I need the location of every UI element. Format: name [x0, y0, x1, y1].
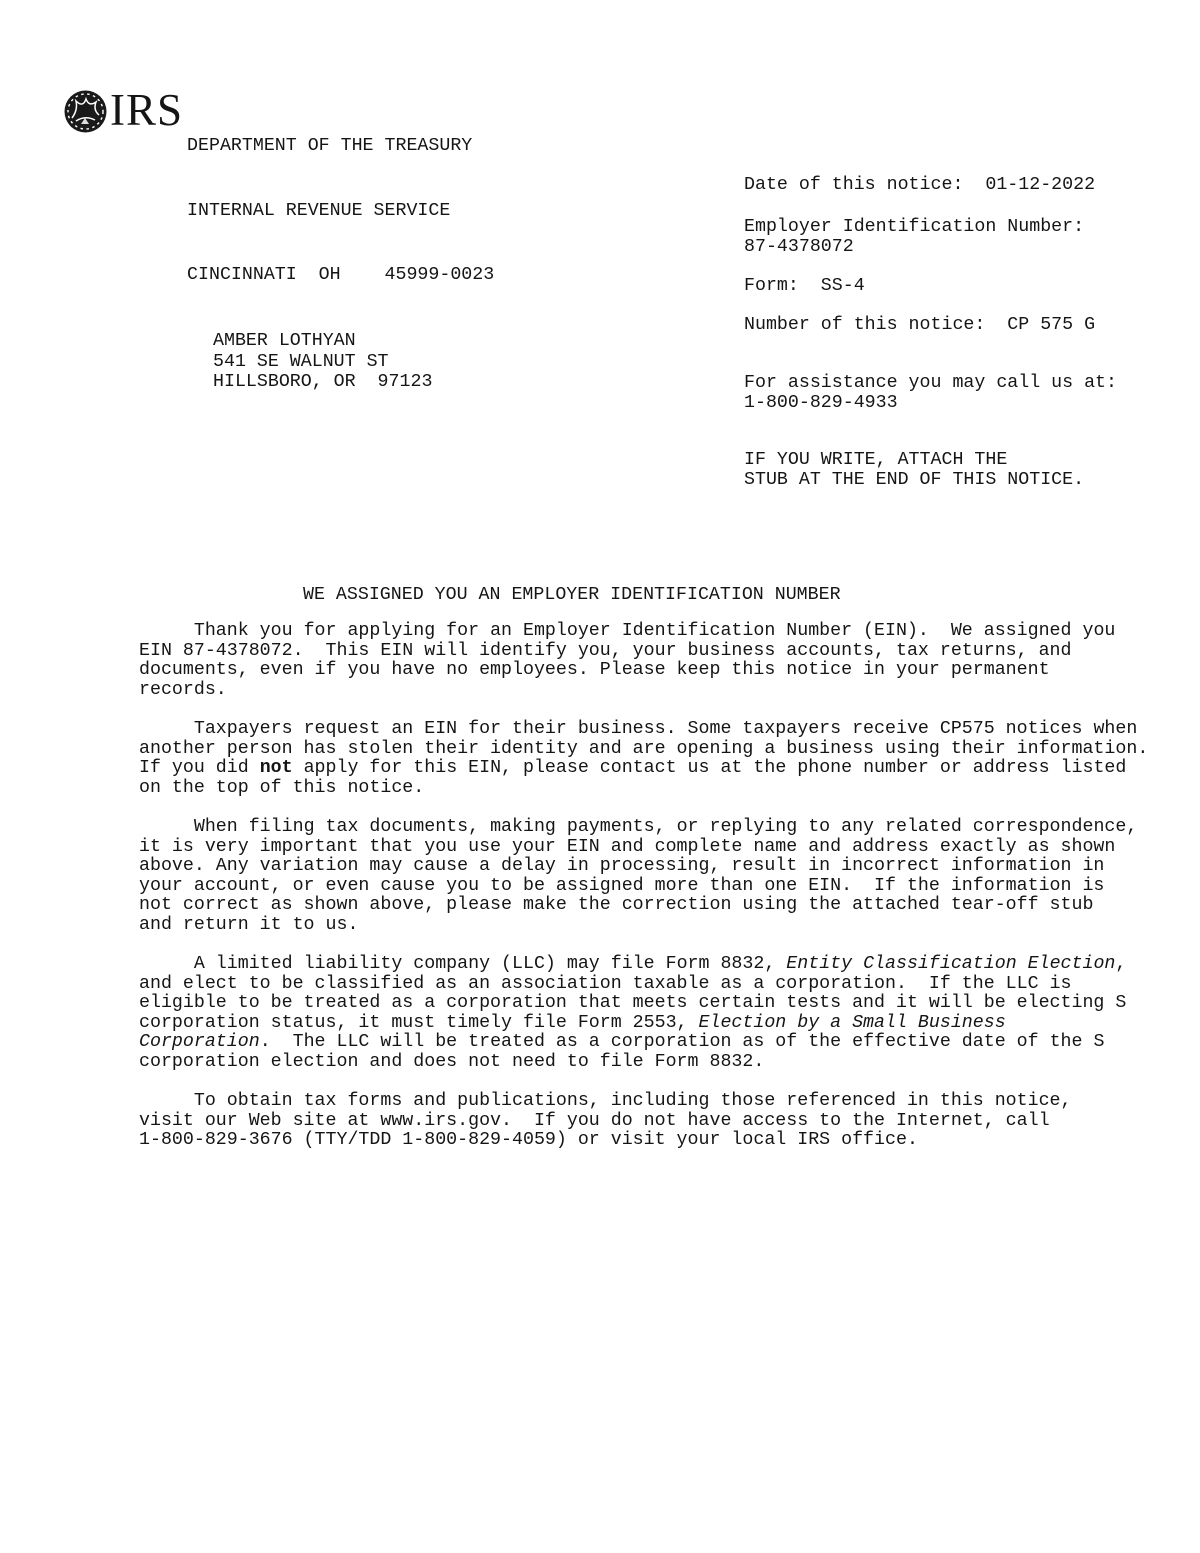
body-paragraph: To obtain tax forms and publications, in…: [139, 1092, 1174, 1151]
body-paragraph: When filing tax documents, making paymen…: [139, 818, 1174, 936]
irs-logo-text: IRS: [110, 88, 183, 133]
ein-label: Employer Identification Number:: [744, 218, 1084, 238]
body-paragraph: A limited liability company (LLC) may fi…: [139, 955, 1174, 1073]
body-paragraph: Thank you for applying for an Employer I…: [139, 622, 1174, 700]
irs-eagle-emblem-icon: [62, 88, 109, 135]
department-line: CINCINNATI OH 45999-0023: [187, 265, 494, 287]
letterhead: IRS DEPARTMENT OF THE TREASURY INTERNAL …: [62, 88, 494, 330]
letter-body: Thank you for applying for an Employer I…: [139, 622, 1174, 1171]
ein-value: 87-4378072: [744, 238, 854, 258]
department-line: INTERNAL REVENUE SERVICE: [187, 201, 494, 223]
form-number: Form: SS-4: [744, 277, 865, 297]
assistance-phone: For assistance you may call us at: 1-800…: [744, 374, 1117, 413]
notice-number: Number of this notice: CP 575 G: [744, 316, 1095, 336]
department-line: DEPARTMENT OF THE TREASURY: [187, 136, 494, 158]
cp575-notice-letter: IRS DEPARTMENT OF THE TREASURY INTERNAL …: [0, 0, 1200, 1553]
notice-date: Date of this notice: 01-12-2022: [744, 176, 1095, 196]
write-instruction: IF YOU WRITE, ATTACH THE STUB AT THE END…: [744, 451, 1084, 490]
letter-title: WE ASSIGNED YOU AN EMPLOYER IDENTIFICATI…: [303, 586, 841, 606]
recipient-address: AMBER LOTHYAN 541 SE WALNUT ST HILLSBORO…: [213, 331, 432, 393]
body-paragraph: Taxpayers request an EIN for their busin…: [139, 720, 1174, 798]
department-address: DEPARTMENT OF THE TREASURY INTERNAL REVE…: [187, 88, 494, 330]
